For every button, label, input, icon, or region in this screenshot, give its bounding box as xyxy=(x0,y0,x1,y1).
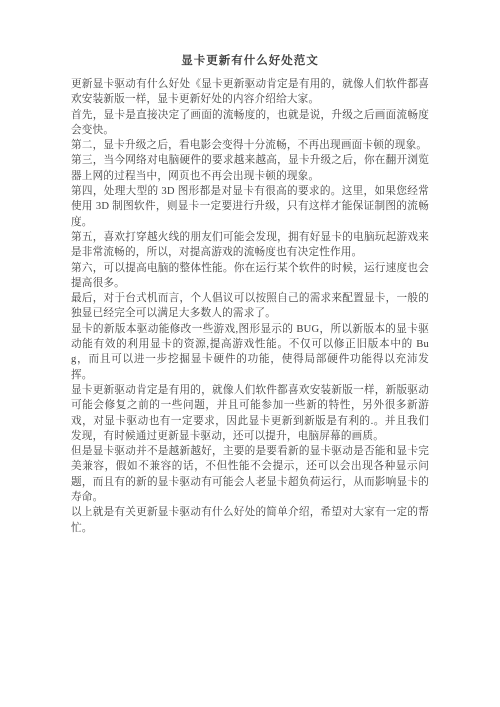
paragraph-fifth: 第五，喜欢打穿越火线的朋友们可能会发现，拥有好显卡的电脑玩起游戏来是非常流畅的，… xyxy=(71,230,429,261)
paragraph-fourth: 第四，处理大型的 3D 图形都是对显卡有很高的要求的。这里，如果您经常使用 3D… xyxy=(71,184,429,230)
paragraph-driver-bug: 显卡的新版本驱动能修改一些游戏,图形显示的 BUG，所以新版本的显卡驱动能有效的… xyxy=(71,322,429,383)
paragraph-sixth: 第六，可以提高电脑的整体性能。你在运行某个软件的时候，运行速度也会提高很多。 xyxy=(71,261,429,292)
document-body: 更新显卡驱动有什么好处《显卡更新驱动肯定是有用的，就像人们软件都喜欢安装新版一样… xyxy=(71,77,429,536)
paragraph-third: 第三，当今网络对电脑硬件的要求越来越高，显卡升级之后，你在翻开浏览器上网的过程当… xyxy=(71,153,429,184)
paragraph-last-point: 最后，对于台式机而言，个人倡议可以按照自己的需求来配置显卡，一般的独显已经完全可… xyxy=(71,291,429,322)
paragraph-caution: 但是显卡驱动并不是越新越好，主要的是要看新的显卡驱动是否能和显卡完美兼容，假如不… xyxy=(71,444,429,505)
paragraph-intro: 更新显卡驱动有什么好处《显卡更新驱动肯定是有用的，就像人们软件都喜欢安装新版一样… xyxy=(71,77,429,108)
paragraph-conclusion: 以上就是有关更新显卡驱动有什么好处的简单介绍，希望对大家有一定的帮忙。 xyxy=(71,505,429,536)
paragraph-first: 首先，显卡是直接决定了画面的流畅度的，也就是说，升级之后画面流畅度会变快。 xyxy=(71,108,429,139)
paragraph-second: 第二，显卡升级之后，看电影会变得十分流畅，不再出现画面卡顿的现象。 xyxy=(71,138,429,153)
document-page: 显卡更新有什么好处范文 更新显卡驱动有什么好处《显卡更新驱动肯定是有用的，就像人… xyxy=(0,0,500,707)
paragraph-driver-new: 显卡更新驱动肯定是有用的，就像人们软件都喜欢安装新版一样，新版驱动可能会修复之前… xyxy=(71,383,429,444)
document-title: 显卡更新有什么好处范文 xyxy=(0,52,500,68)
